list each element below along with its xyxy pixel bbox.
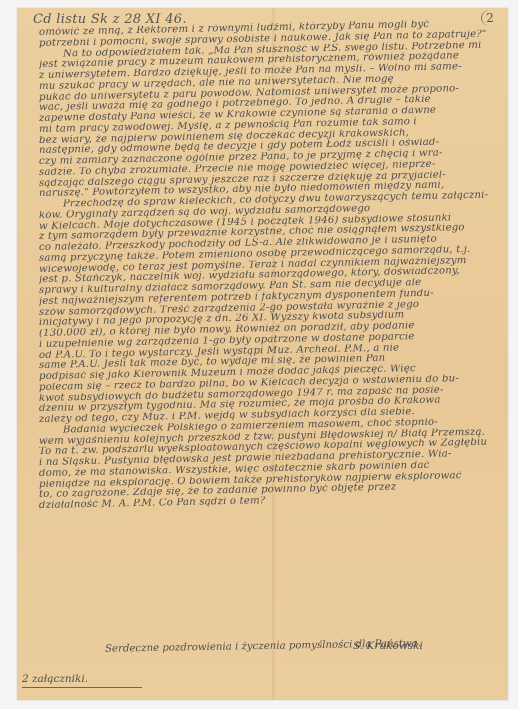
letter-page: Cd listu Sk z 28 XI 46. 2 omówić ze mną,… xyxy=(17,8,508,700)
enclosures-note: 2 załączniki. xyxy=(22,673,142,688)
signature: S. Krukowski xyxy=(353,640,423,652)
letter-body: omówić ze mną, z Rektorem i z równymi lu… xyxy=(39,28,499,512)
